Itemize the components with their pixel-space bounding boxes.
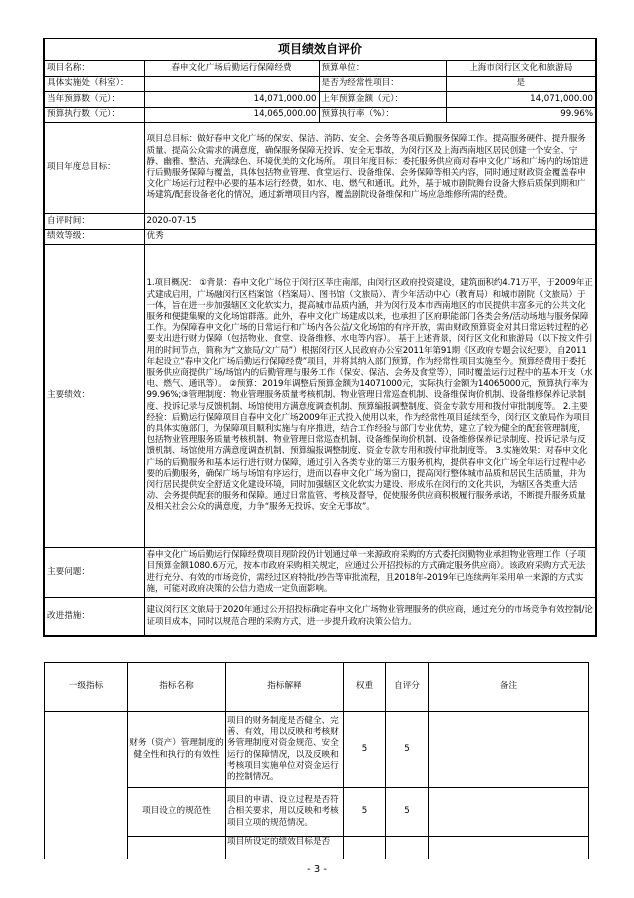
indicator-score — [386, 837, 429, 860]
header-weight: 权重 — [344, 663, 386, 712]
executed-label: 预算执行数（元）： — [44, 107, 144, 123]
grade-value: 优秀 — [144, 229, 596, 245]
indicator-remark — [429, 837, 589, 860]
eval-date-value: 2020-07-15 — [144, 214, 596, 230]
problems-label: 主要问题： — [44, 548, 144, 598]
indicator-explanation: 项目的申请、设立过程是否符合相关要求，用以反映和考核项目立项的规范情况。 — [226, 788, 344, 837]
indicator-header-row: 一级指标 指标名称 指标解释 权重 自评分 备注 — [45, 663, 589, 712]
grade-label: 绩效等级： — [44, 229, 144, 245]
indicator-remark — [429, 788, 589, 837]
implementer-label: 具体实施处（科室）： — [44, 76, 144, 92]
execution-rate-value: 99.96% — [446, 107, 596, 123]
budget-unit-value: 上海市闵行区文化和旅游局 — [446, 61, 596, 77]
self-evaluation-summary-table: 项目绩效自评价 项目名称： 春申文化广场后勤运行保障经费 预算单位： 上海市闵行… — [43, 38, 597, 637]
indicator-remark — [429, 712, 589, 788]
current-budget-value: 14,071,000.00 — [144, 92, 319, 108]
page-number: - 3 - — [0, 864, 634, 875]
indicator-score: 5 — [386, 712, 429, 788]
is-recurring-label: 是否为经常性项目： — [319, 76, 446, 92]
improvements-text: 建议闵行区文旅局于2020年通过公开招投标确定春申文化广场物业管理服务的供应商，… — [144, 598, 596, 637]
indicator-explanation: 项目的财务制度是否健全、完善、有效，用以反映和考核财务管理制度对资金规范、安全运… — [226, 712, 344, 788]
achievements-label: 主要绩效： — [44, 245, 144, 548]
indicator-weight: 5 — [344, 788, 386, 837]
prev-budget-value: 14,071,000.00 — [446, 92, 596, 108]
header-name: 指标名称 — [128, 663, 226, 712]
indicator-weight: 5 — [344, 712, 386, 788]
indicator-name: 项目设立的规范性 — [128, 788, 226, 837]
level1-cell — [45, 712, 128, 860]
header-explanation: 指标解释 — [226, 663, 344, 712]
indicator-scoring-table: 一级指标 指标名称 指标解释 权重 自评分 备注 财务（资产）管理制度的健全性和… — [44, 662, 589, 859]
project-name-label: 项目名称： — [44, 61, 144, 77]
document-title: 项目绩效自评价 — [44, 39, 596, 61]
budget-unit-label: 预算单位： — [319, 61, 446, 77]
header-score: 自评分 — [386, 663, 429, 712]
indicator-name: 财务（资产）管理制度的健全性和执行的有效性 — [128, 712, 226, 788]
achievements-text: 1.项目概况： ①背景：春申文化广场位于闵行区莘庄南部，由闵行区政府投资建设，建… — [144, 245, 596, 548]
indicator-explanation: 项目所设定的绩效目标是否 — [226, 837, 344, 860]
execution-rate-label: 预算执行率（%）： — [319, 107, 446, 123]
annual-goal-text: 项目总目标：做好春申文化广场的保安、保洁、消防、安全、会务等各项后勤服务保障工作… — [144, 123, 596, 214]
indicator-weight — [344, 837, 386, 860]
executed-value: 14,065,000.00 — [144, 107, 319, 123]
implementer-value — [144, 76, 319, 92]
annual-goal-label: 项目年度总目标： — [44, 123, 144, 214]
is-recurring-value: 是 — [446, 76, 596, 92]
problems-text: 春申文化广场后勤运行保障经费项目现阶段仍计划通过单一来源政府采购的方式委托闵勤物… — [144, 548, 596, 598]
header-level1: 一级指标 — [45, 663, 128, 712]
current-budget-label: 当年预算数（元）： — [44, 92, 144, 108]
table-row: 财务（资产）管理制度的健全性和执行的有效性 项目的财务制度是否健全、完善、有效，… — [45, 712, 589, 788]
indicator-name — [128, 837, 226, 860]
prev-budget-label: 上年预算金额（元）： — [319, 92, 446, 108]
project-name-value: 春申文化广场后勤运行保障经费 — [144, 61, 319, 77]
indicator-score: 5 — [386, 788, 429, 837]
header-remark: 备注 — [429, 663, 589, 712]
eval-date-label: 自评时间： — [44, 214, 144, 230]
improvements-label: 改进措施： — [44, 598, 144, 637]
